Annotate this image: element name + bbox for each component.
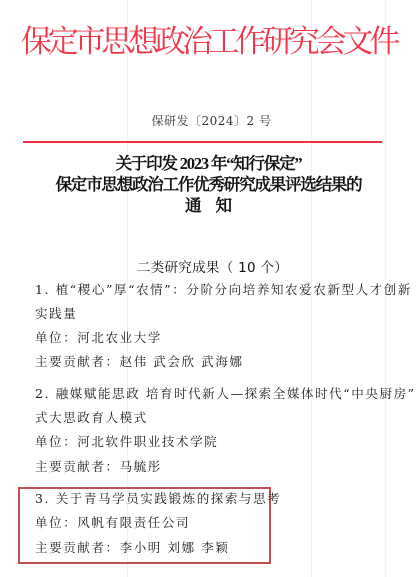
notice-title-line-3: 通知 — [0, 195, 417, 216]
entry-1-title-line-2: 实践量 — [35, 305, 77, 323]
notice-title-line-1: 关于印发 2023 年“知行保定” — [0, 153, 417, 174]
entry-2-unit: 单位：河北软件职业技术学院 — [35, 433, 218, 451]
entry-1-title-line-1: 1. 植“稷心”厚“农情”：分阶分向培养知农爱农新型人才创新 — [35, 281, 412, 299]
notice-title: 关于印发 2023 年“知行保定” 保定市思想政治工作优秀研究成果评选结果的 通… — [0, 153, 417, 216]
header-divider-rule — [23, 141, 382, 143]
entry-1-unit: 单位：河北农业大学 — [35, 329, 162, 347]
notice-title-line-2: 保定市思想政治工作优秀研究成果评选结果的 — [0, 174, 417, 195]
entry-3-title: 3. 关于青马学员实践锻炼的探索与思考 — [35, 490, 281, 508]
entry-1-contributors: 主要贡献者：赵伟 武会欣 武海娜 — [35, 353, 244, 371]
document-number: 保研发〔2024〕2 号 — [0, 113, 417, 129]
entry-3-unit: 单位：风帆有限责任公司 — [35, 514, 190, 532]
document-header-title: 保定市思想政治工作研究会文件 — [0, 23, 417, 61]
section-heading: 二类研究成果（ 10 个） — [0, 258, 417, 278]
entry-2-title-line-2: 式大思政育人模式 — [35, 409, 148, 427]
entry-3-contributors: 主要贡献者：李小明 刘娜 李颖 — [35, 539, 229, 557]
entry-2-contributors: 主要贡献者：马毓彤 — [35, 458, 162, 476]
entry-2-title-line-1: 2. 融媒赋能思政 培育时代新人—探索全媒体时代“中央厨房” — [35, 385, 416, 403]
